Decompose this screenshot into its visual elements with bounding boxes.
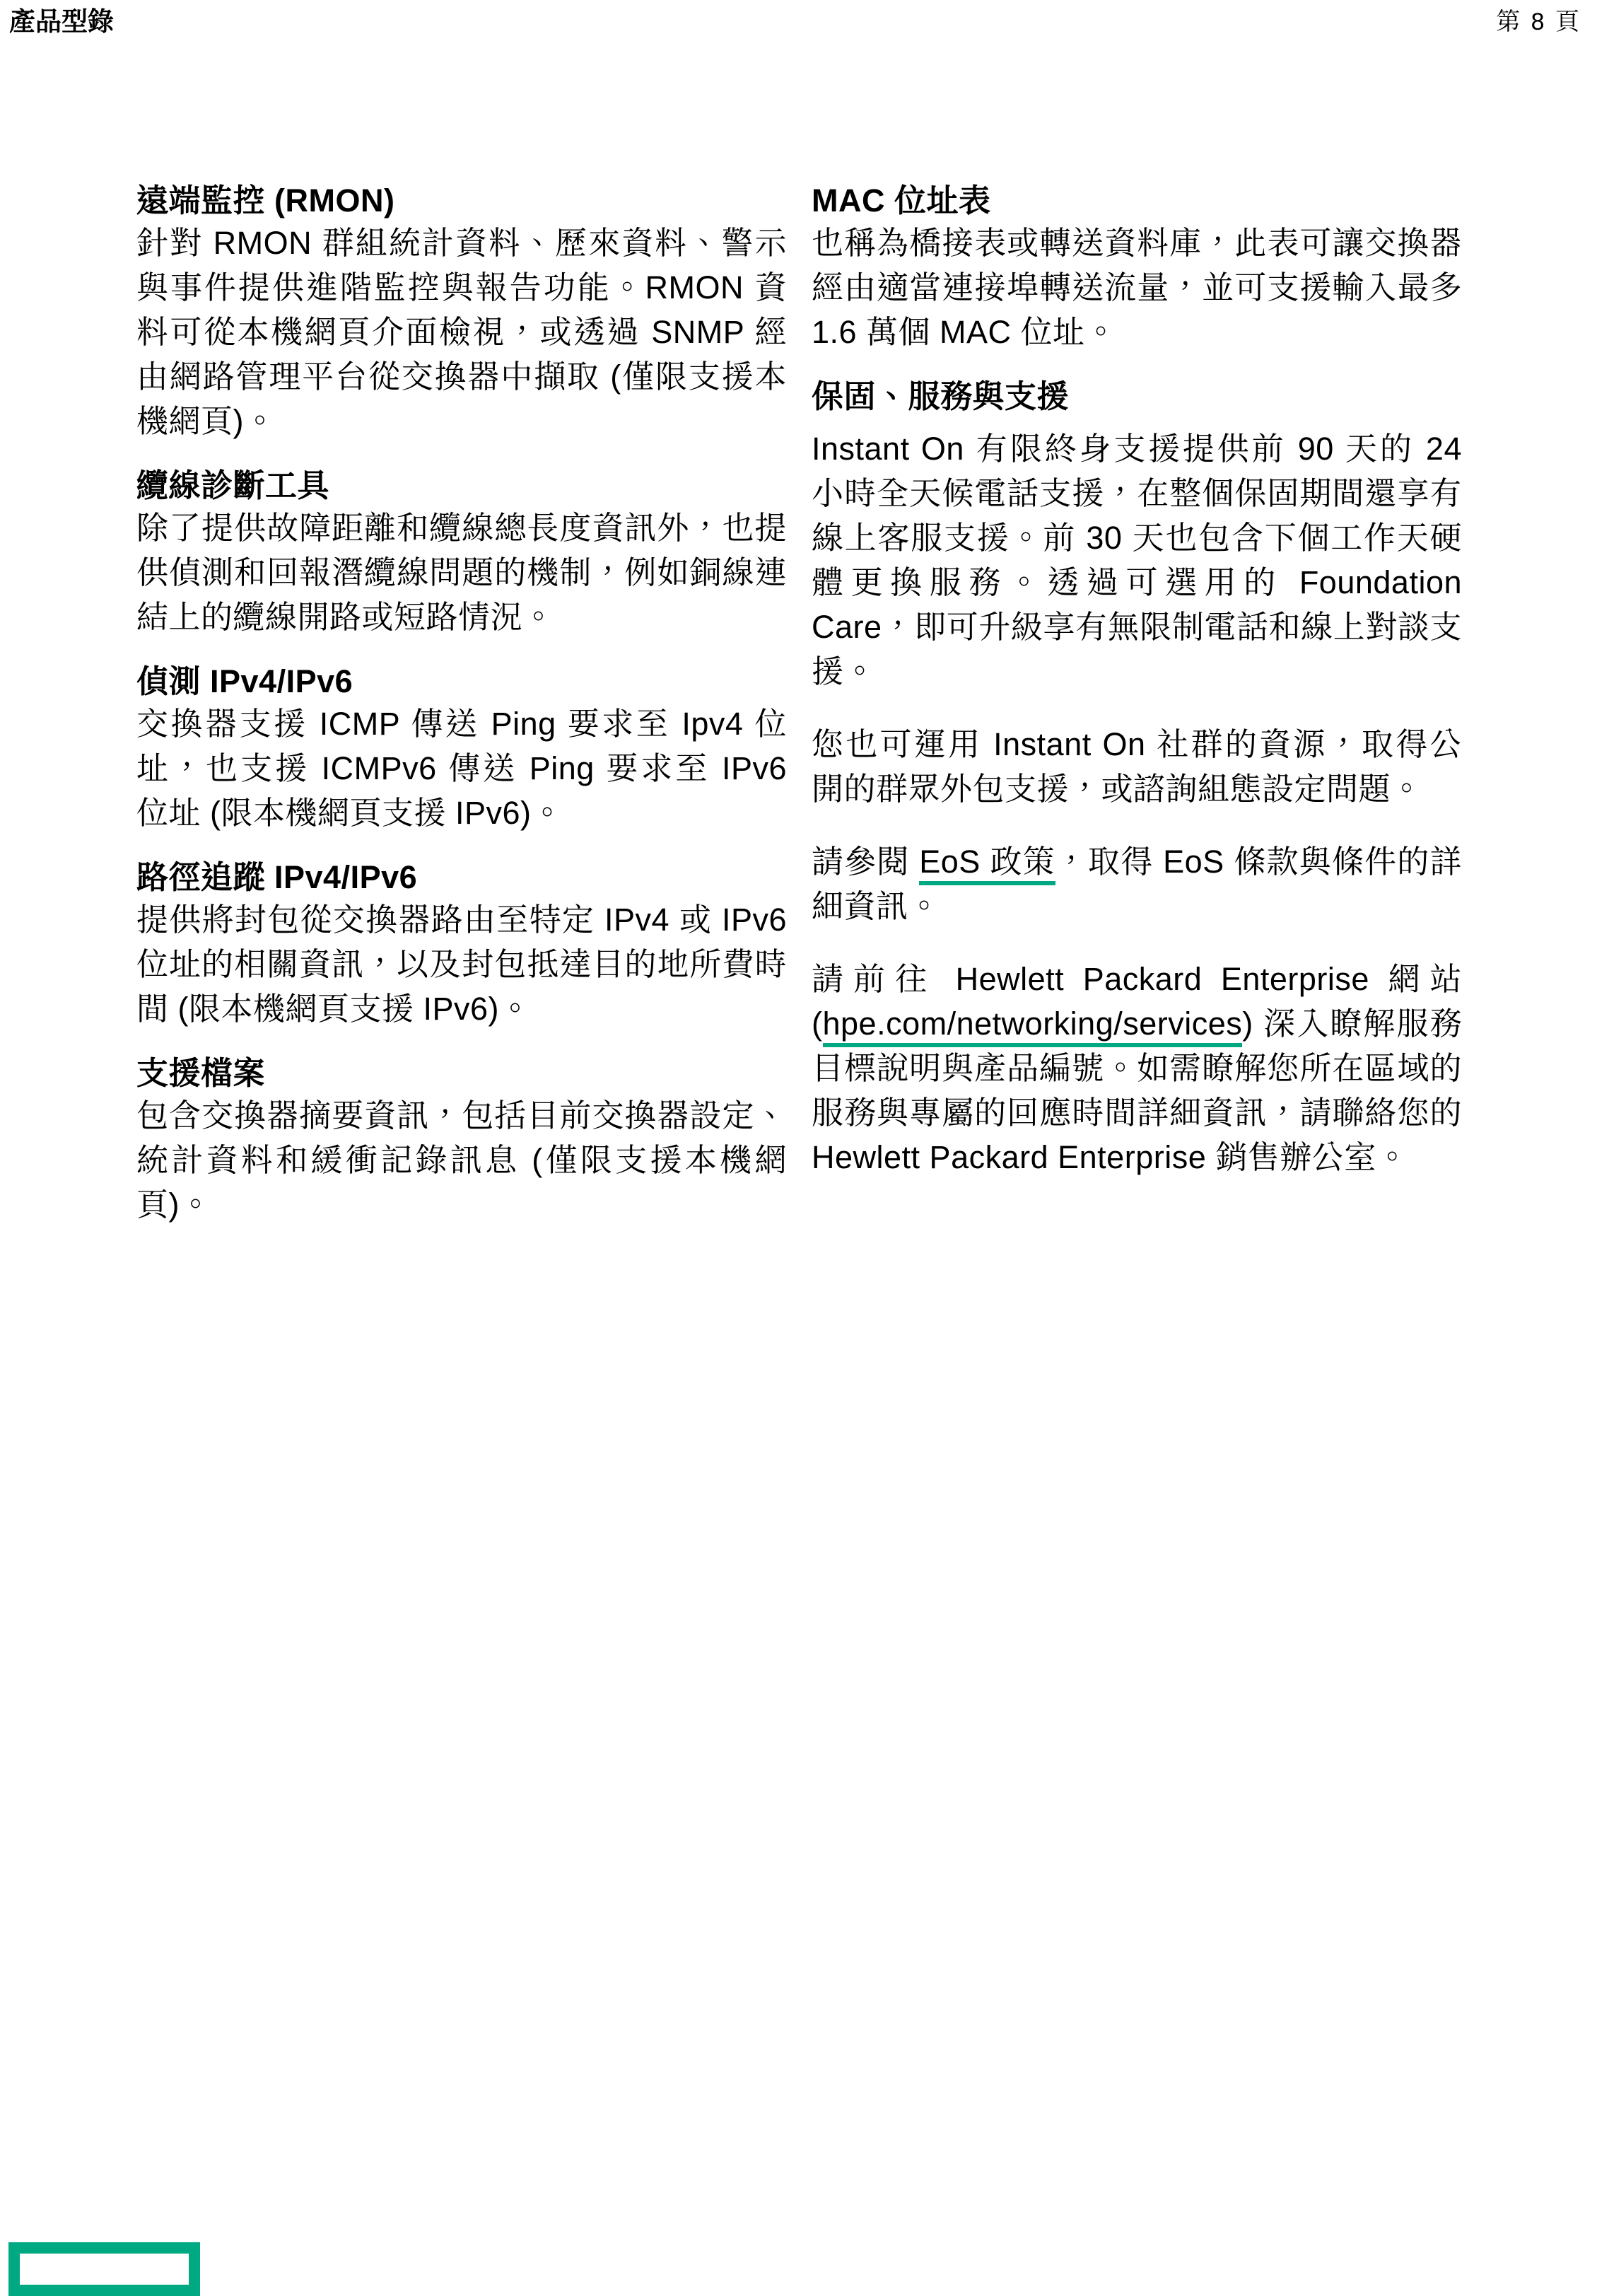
document-title: 產品型錄 (9, 6, 114, 38)
section-body: 也稱為橋接表或轉送資料庫，此表可讓交換器經由適當連接埠轉送流量，並可支援輸入最多… (812, 221, 1462, 354)
warranty-paragraph-2: 您也可運用 Instant On 社群的資源，取得公開的群眾外包支援，或諮詢組態… (812, 722, 1462, 811)
text-before-eos-link: 請參閱 (812, 844, 919, 880)
page-header: 產品型錄 第 8 頁 (9, 6, 1581, 38)
section-body: 針對 RMON 群組統計資料、歷來資料、警示與事件提供進階監控與報告功能。RMO… (136, 221, 787, 443)
eos-policy-link[interactable]: EoS 政策 (919, 844, 1055, 885)
section-heading: 遠端監控 (RMON) (136, 181, 787, 221)
main-content: 遠端監控 (RMON) 針對 RMON 群組統計資料、歷來資料、警示與事件提供進… (136, 181, 1462, 1249)
warranty-paragraph-3: 請參閱 EoS 政策，取得 EoS 條款與條件的詳細資訊。 (812, 839, 1462, 928)
section-ping: 偵測 IPv4/IPv6 交換器支援 ICMP 傳送 Ping 要求至 Ipv4… (136, 662, 787, 835)
section-support-file: 支援檔案 包含交換器摘要資訊，包括目前交換器設定、統計資料和緩衝記錄訊息 (僅限… (136, 1054, 787, 1227)
warranty-paragraph-1: Instant On 有限終身支援提供前 90 天的 24 小時全天候電話支援，… (812, 426, 1462, 694)
hpe-link-part-1: hpe.com/ (823, 1006, 957, 1042)
section-body: 提供將封包從交換器路由至特定 IPv4 或 IPv6 位址的相關資訊，以及封包抵… (136, 897, 787, 1031)
right-column: MAC 位址表 也稱為橋接表或轉送資料庫，此表可讓交換器經由適當連接埠轉送流量，… (812, 181, 1462, 1249)
section-body: 交換器支援 ICMP 傳送 Ping 要求至 Ipv4 位址，也支援 ICMPv… (136, 701, 787, 835)
section-heading: 纜線診斷工具 (136, 466, 787, 506)
section-traceroute: 路徑追蹤 IPv4/IPv6 提供將封包從交換器路由至特定 IPv4 或 IPv… (136, 858, 787, 1031)
hpe-logo (8, 2242, 200, 2296)
section-heading: 保固、服務與支援 (812, 377, 1462, 416)
warranty-paragraph-4: 請前往 Hewlett Packard Enterprise 網站 (hpe.c… (812, 957, 1462, 1179)
section-heading: MAC 位址表 (812, 181, 1462, 221)
section-rmon: 遠端監控 (RMON) 針對 RMON 群組統計資料、歷來資料、警示與事件提供進… (136, 181, 787, 443)
hpe-networking-services-link[interactable]: hpe.com/networking/services (823, 1006, 1243, 1047)
page-number: 第 8 頁 (1496, 6, 1581, 38)
left-column: 遠端監控 (RMON) 針對 RMON 群組統計資料、歷來資料、警示與事件提供進… (136, 181, 787, 1249)
section-body: 包含交換器摘要資訊，包括目前交換器設定、統計資料和緩衝記錄訊息 (僅限支援本機網… (136, 1093, 787, 1227)
section-cable-diagnostics: 纜線診斷工具 除了提供故障距離和纜線總長度資訊外，也提供偵測和回報潛纜線問題的機… (136, 466, 787, 639)
hpe-link-part-2: networking/services (957, 1006, 1243, 1042)
section-heading: 支援檔案 (136, 1054, 787, 1093)
section-warranty-support: 保固、服務與支援 Instant On 有限終身支援提供前 90 天的 24 小… (812, 377, 1462, 1179)
section-body: 除了提供故障距離和纜線總長度資訊外，也提供偵測和回報潛纜線問題的機制，例如銅線連… (136, 506, 787, 639)
section-heading: 偵測 IPv4/IPv6 (136, 662, 787, 701)
section-mac-table: MAC 位址表 也稱為橋接表或轉送資料庫，此表可讓交換器經由適當連接埠轉送流量，… (812, 181, 1462, 354)
section-heading: 路徑追蹤 IPv4/IPv6 (136, 858, 787, 897)
